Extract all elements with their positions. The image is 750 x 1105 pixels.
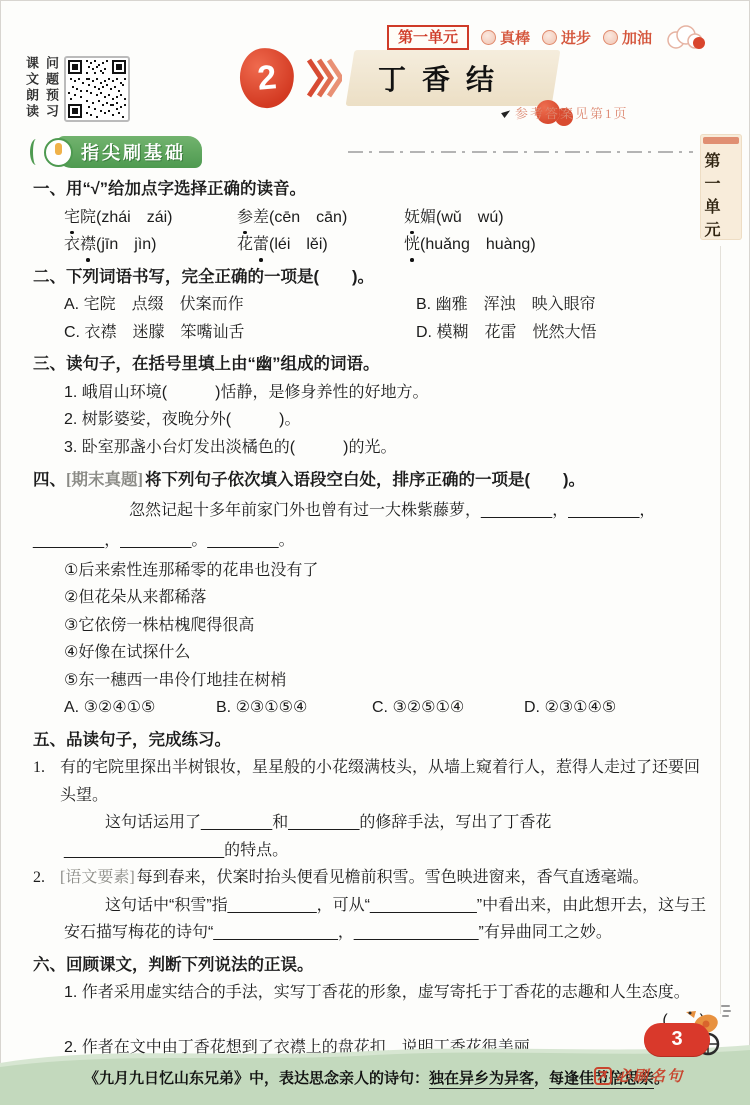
question-3: 三、读句子，在括号里填上由“幽”组成的词语。 1. 峨眉山环境( )恬静，是修身… xyxy=(33,351,709,461)
lesson-title: 丁香结 xyxy=(378,58,510,98)
bracket-icon xyxy=(30,139,42,165)
qr-block: 课文朗读 问题预习 xyxy=(24,56,130,122)
lesson-title-row: 2 丁香结 xyxy=(240,48,556,108)
word-dotted: 妩 xyxy=(404,204,420,232)
quoted-sentence: 1.有的宅院里探出半树银妆，星星般的小花缀满枝头，从墙上窥着行人，惹得人走过了还… xyxy=(33,754,709,809)
question-4-title: 四、[期末真题]将下列句子依次填入语段空白处，排序正确的一项是( )。 xyxy=(33,466,709,495)
pen-icon xyxy=(501,107,512,117)
option-d: D. 模糊 花雷 恍然大悟 xyxy=(416,319,596,347)
question-1: 一、用“√”给加点字选择正确的读音。 宅院(zhái zái) 参差(cēn c… xyxy=(33,176,709,259)
badge-zhenbang: 真棒 xyxy=(481,27,530,48)
word-dotted: 蕾 xyxy=(253,231,269,259)
sentence-item: ④好像在试探什么 xyxy=(33,639,709,667)
sentence-item: ②但花朵从来都稀落 xyxy=(33,584,709,612)
question-area: 一、用“√”给加点字选择正确的读音。 宅院(zhái zái) 参差(cēn c… xyxy=(33,176,709,1067)
word-dotted: 参 xyxy=(237,204,253,232)
option-a: A. 宅院 点缀 伏案而作 xyxy=(64,291,416,319)
quoted-sentence: 2.[语文要素]每到春来，伏案时抬头便看见檐前积雪。雪色映进窗来，香气直透毫端。 xyxy=(33,864,709,892)
option-c: C. 衣襟 迷朦 笨嘴讪舌 xyxy=(64,319,416,347)
pinyin-word: 衣襟(jīn jìn) xyxy=(64,231,237,259)
section-banner-label: 指尖刷基础 xyxy=(57,136,202,168)
workbook-page: 第一单元 真棒 进步 加油 课文朗读 问题预习 xyxy=(0,0,750,1105)
seal-icon xyxy=(594,1067,612,1085)
qr-label-preview: 问题预习 xyxy=(44,56,59,120)
badge-label: 加油 xyxy=(622,27,652,48)
option-c: C. ③②⑤①④ xyxy=(372,694,524,722)
word-dotted: 宅 xyxy=(64,204,80,232)
quote-line-1: 独在异乡为异客 xyxy=(429,1071,534,1089)
brand-stamp: 必刷名句 xyxy=(594,1065,684,1086)
question-title-text: 将下列句子依次填入语段空白处，排序正确的一项是( )。 xyxy=(145,471,585,489)
fill-item: 2. 树影婆娑，夜晚分外( )。 xyxy=(33,406,709,434)
badge-label: 进步 xyxy=(561,27,591,48)
question-4: 四、[期末真题]将下列句子依次填入语段空白处，排序正确的一项是( )。 忽然记起… xyxy=(33,466,709,722)
word-pre: 衣 xyxy=(64,236,80,253)
question-3-title: 三、读句子，在括号里填上由“幽”组成的词语。 xyxy=(33,351,709,379)
badge-jinbu: 进步 xyxy=(542,27,591,48)
element-tag: [语文要素] xyxy=(60,869,135,886)
fill-item: 1. 峨眉山环境( )恬静，是修身养性的好地方。 xyxy=(33,379,709,407)
sentence-item: ⑤东一穗西一串伶仃地挂在树梢 xyxy=(33,667,709,695)
chevron-arrows-icon xyxy=(306,57,342,99)
fill-blank-line: 这句话运用了________和________的修辞手法，写出了丁香花_____… xyxy=(33,809,709,864)
badge-jiayou: 加油 xyxy=(603,27,652,48)
question-1-title: 一、用“√”给加点字选择正确的读音。 xyxy=(33,176,709,204)
lesson-number-badge: 2 xyxy=(237,46,296,110)
option-row: C. 衣襟 迷朦 笨嘴讪舌 D. 模糊 花雷 恍然大悟 xyxy=(33,319,709,347)
word-post: (huǎng huàng) xyxy=(420,236,536,253)
pinyin-word: 恍(huǎng huàng) xyxy=(404,231,536,259)
judge-answer-blank: ( ) xyxy=(33,1007,709,1035)
word-pre: 花 xyxy=(237,236,253,253)
header-strip: 第一单元 真棒 进步 加油 xyxy=(387,24,706,50)
lesson-title-banner: 丁香结 xyxy=(350,50,556,106)
option-b: B. ②③①⑤④ xyxy=(216,694,372,722)
thumb-icon xyxy=(542,30,557,45)
thumb-icon xyxy=(603,30,618,45)
word-dotted: 襟 xyxy=(80,231,96,259)
sentence-text: 有的宅院里探出半树银妆，星星般的小花缀满枝头，从墙上窥着行人，惹得人走过了还要回… xyxy=(60,759,700,804)
exam-tag: [期末真题] xyxy=(66,470,143,489)
passage-text: 忽然记起十多年前家门外也曾有过一大株紫藤萝，________，________，… xyxy=(33,496,709,556)
word-post: 差(cēn cān) xyxy=(253,209,347,226)
answer-note: 参考答案见第1页 xyxy=(502,103,629,122)
item-number: 1. xyxy=(33,754,45,782)
thumb-icon xyxy=(481,30,496,45)
badge-label: 真棒 xyxy=(500,27,530,48)
question-2: 二、下列词语书写，完全正确的一项是( )。 A. 宅院 点缀 伏案而作 B. 幽… xyxy=(33,264,709,347)
sentence-item: ③它依傍一株枯槐爬得很高 xyxy=(33,612,709,640)
option-row: A. 宅院 点缀 伏案而作 B. 幽雅 浑浊 映入眼帘 xyxy=(33,291,709,319)
word-post: (jīn jìn) xyxy=(96,236,156,253)
sentence-item: ①后来索性连那稀零的花串也没有了 xyxy=(33,557,709,585)
sentence-text: 每到春来，伏案时抬头便看见檐前积雪。雪色映进窗来，香气直透毫端。 xyxy=(137,869,649,886)
cloud-icon xyxy=(664,24,706,50)
word-post: (léi lěi) xyxy=(269,236,328,253)
pinyin-row: 衣襟(jīn jìn) 花蕾(léi lěi) 恍(huǎng huàng) xyxy=(33,231,709,259)
pinyin-row: 宅院(zhái zái) 参差(cēn cān) 妩媚(wǔ wú) xyxy=(33,204,709,232)
brand-text: 必刷名句 xyxy=(616,1065,684,1086)
question-6-title: 六、回顾课文，判断下列说法的正误。 xyxy=(33,952,709,980)
option-b: B. 幽雅 浑浊 映入眼帘 xyxy=(416,291,596,319)
page-number: 3 xyxy=(644,1023,710,1056)
quote-intro: 《九月九日忆山东兄弟》中，表达思念亲人的诗句： xyxy=(84,1071,429,1087)
fill-item: 3. 卧室那盏小台灯发出淡橘色的( )的光。 xyxy=(33,434,709,462)
option-a: A. ③②④①⑤ xyxy=(64,694,216,722)
option-d: D. ②③①④⑤ xyxy=(524,694,616,722)
finger-icon xyxy=(44,138,73,167)
word-dotted: 恍 xyxy=(404,231,420,259)
section-banner: 指尖刷基础 xyxy=(30,136,202,168)
question-5: 五、品读句子，完成练习。 1.有的宅院里探出半树银妆，星星般的小花缀满枝头，从墙… xyxy=(33,727,709,947)
tab-strip xyxy=(703,137,739,144)
item-number: 2. xyxy=(33,864,45,892)
pinyin-word: 宅院(zhái zái) xyxy=(64,204,237,232)
word-post: 媚(wǔ wú) xyxy=(420,209,504,226)
unit-tag: 第一单元 xyxy=(387,25,469,50)
question-prefix: 四、 xyxy=(33,471,66,489)
qr-label-reading: 课文朗读 xyxy=(24,56,39,120)
pinyin-word: 妩媚(wǔ wú) xyxy=(404,204,504,232)
word-post: 院(zhái zái) xyxy=(80,209,172,226)
pinyin-word: 参差(cēn cān) xyxy=(237,204,404,232)
pinyin-word: 花蕾(léi lěi) xyxy=(237,231,404,259)
question-5-title: 五、品读句子，完成练习。 xyxy=(33,727,709,755)
answer-options-row: A. ③②④①⑤ B. ②③①⑤④ C. ③②⑤①④ D. ②③①④⑤ xyxy=(33,694,709,722)
quote-comma: ， xyxy=(534,1071,549,1087)
answer-note-text: 参考答案见第1页 xyxy=(515,103,629,122)
dash-divider xyxy=(348,151,693,153)
judge-item: 1. 作者采用虚实结合的手法，实写丁香花的形象，虚写寄托于丁香花的志趣和人生态度… xyxy=(33,979,709,1007)
question-2-title: 二、下列词语书写，完全正确的一项是( )。 xyxy=(33,264,709,292)
qr-code xyxy=(64,56,130,122)
famous-quote: 《九月九日忆山东兄弟》中，表达思念亲人的诗句：独在异乡为异客，每逢佳节倍思亲。 xyxy=(84,1067,669,1088)
footer: 《九月九日忆山东兄弟》中，表达思念亲人的诗句：独在异乡为异客，每逢佳节倍思亲。 … xyxy=(0,1033,750,1105)
fill-blank-line: 这句话中“积雪”指__________，可从“____________”中看出来… xyxy=(33,892,709,947)
page-edge-line xyxy=(720,246,721,1014)
